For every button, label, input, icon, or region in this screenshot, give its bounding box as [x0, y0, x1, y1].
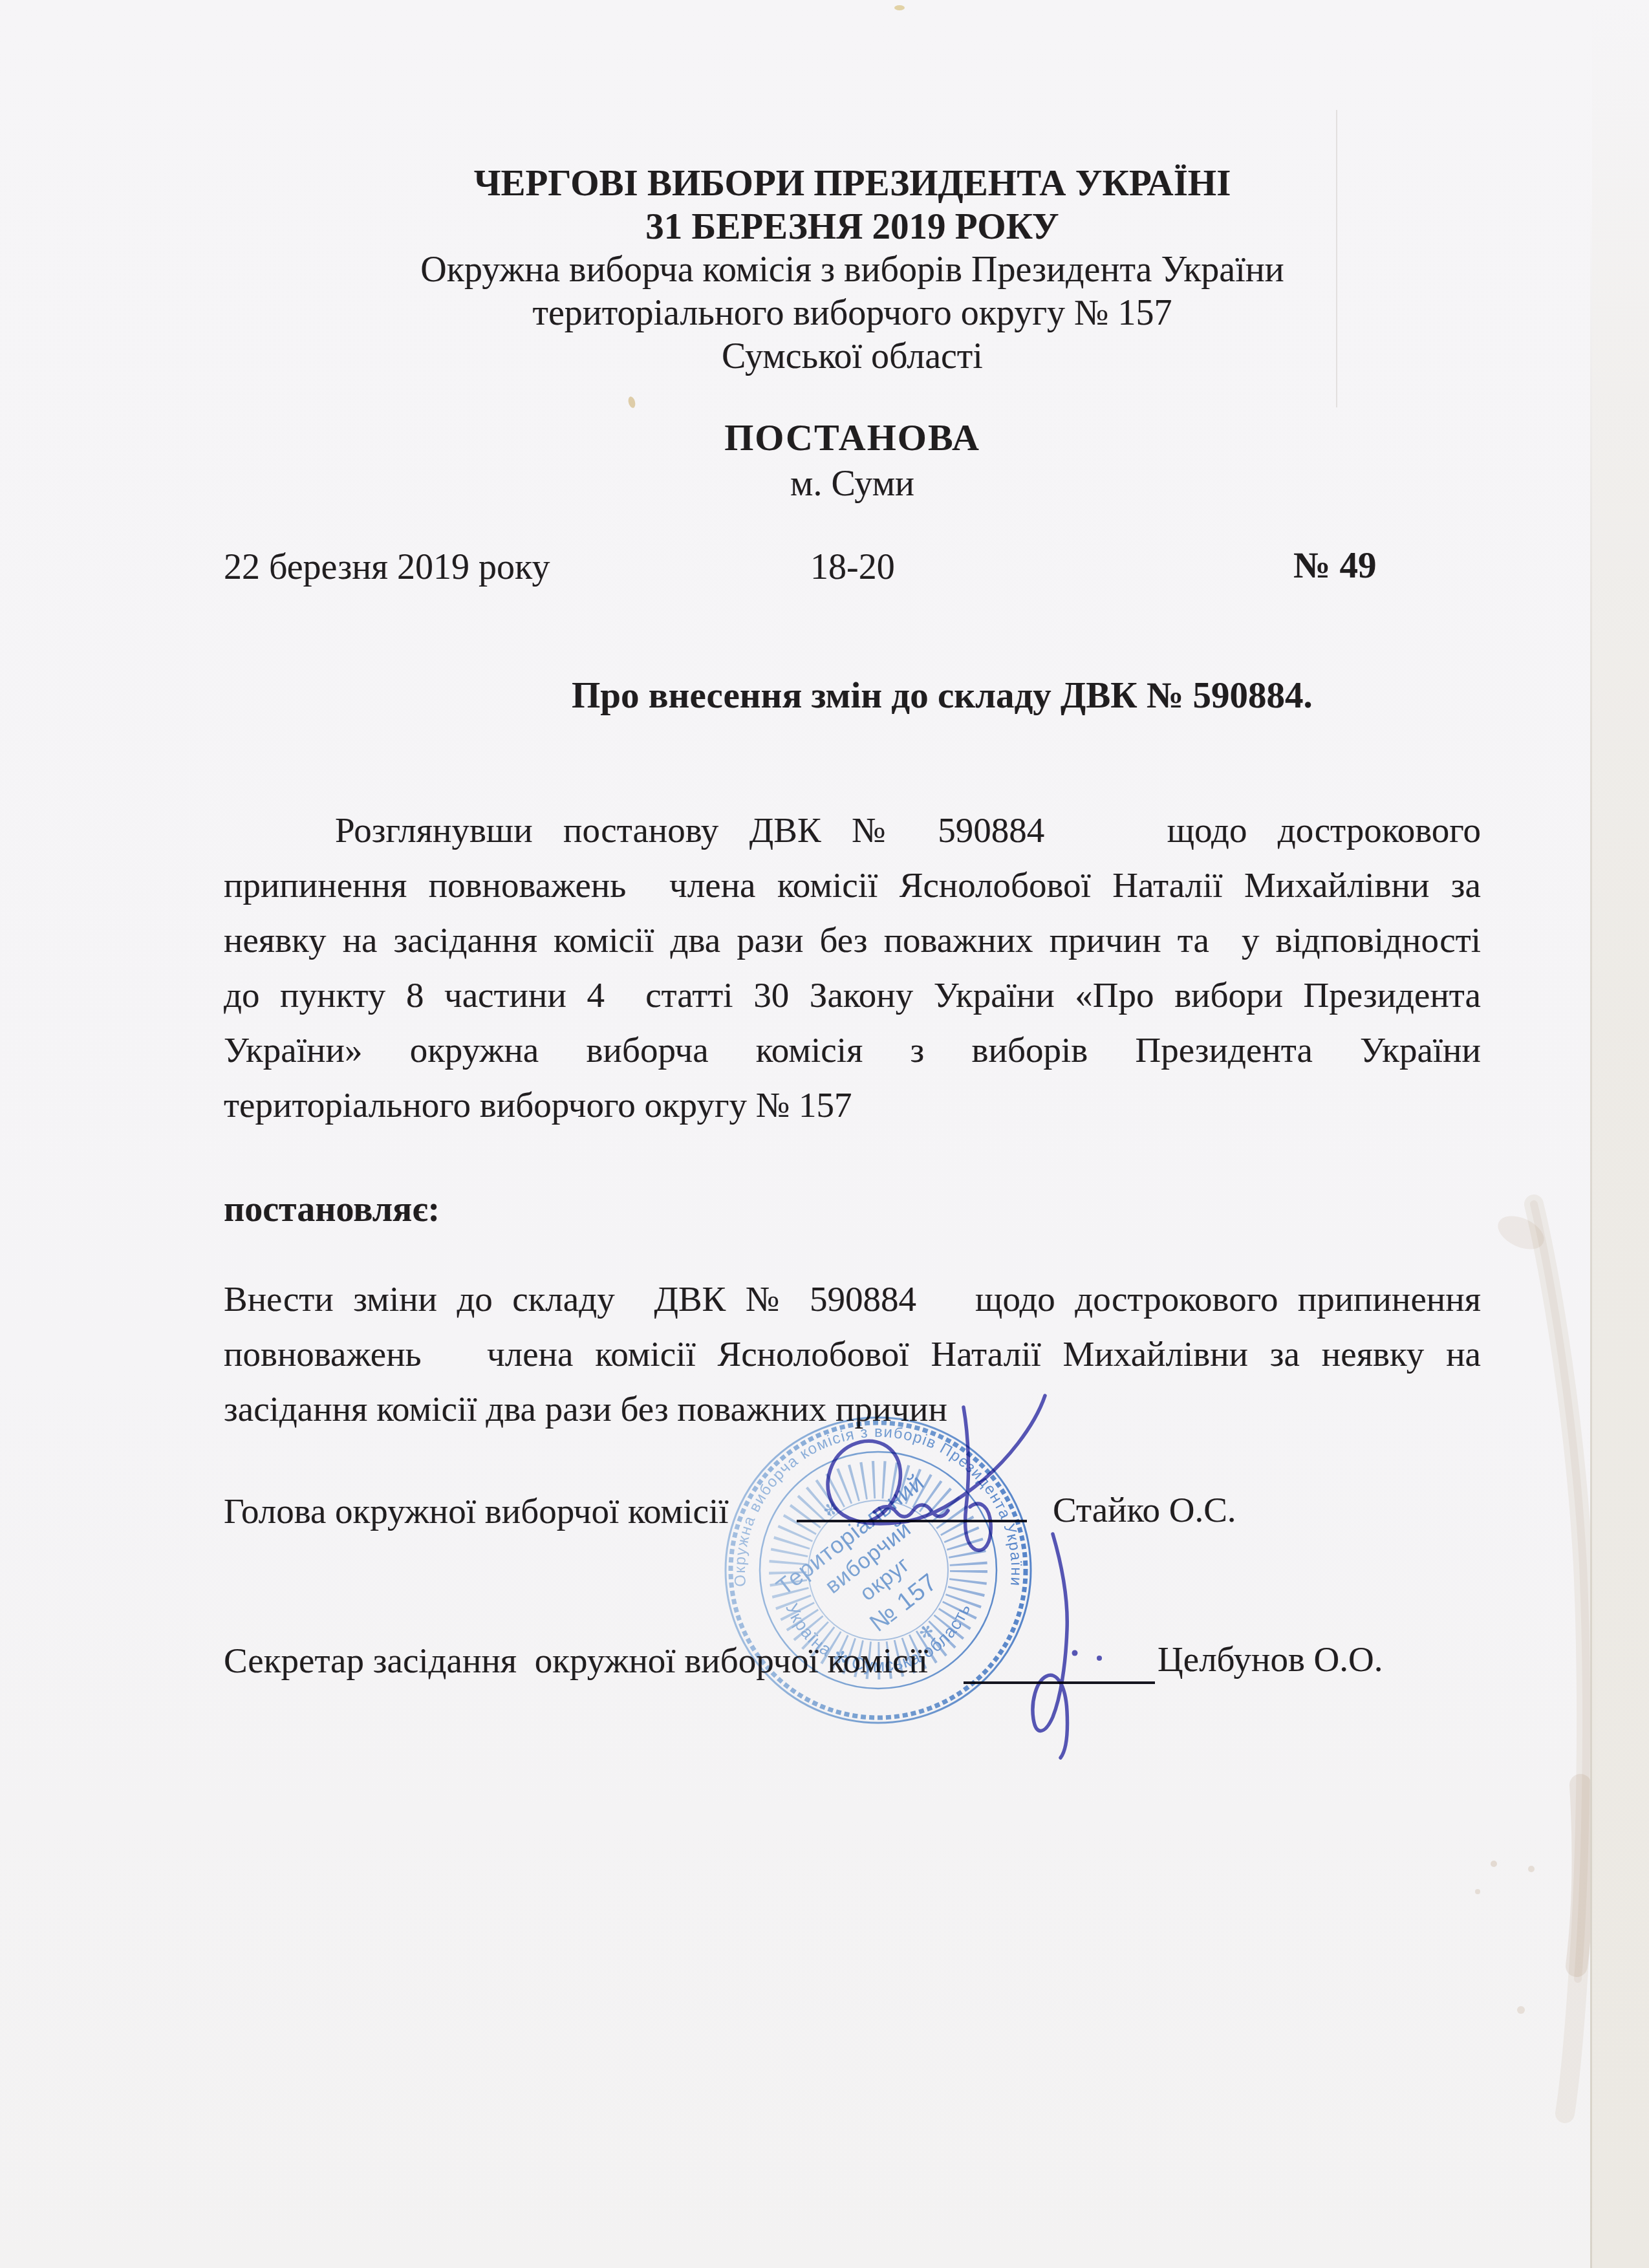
header-line-oblast: Сумської області	[224, 335, 1481, 378]
document-session-number: 18-20	[810, 546, 895, 588]
preamble-line: припинення повноважень члена комісії Ясн…	[224, 858, 1481, 913]
document-number: № 49	[1293, 545, 1377, 587]
signature-secretary	[1033, 1534, 1068, 1758]
paper-edge-line	[1590, 194, 1592, 2268]
preamble-line: до пункту 8 частини 4 статті 30 Закону У…	[224, 967, 1481, 1022]
preamble-paragraph: Розглянувши постанову ДВК № 590884 щодо …	[224, 803, 1481, 1132]
signature-chairman	[828, 1396, 1045, 1524]
signature-secretary-dot	[1072, 1650, 1078, 1656]
header-line-district: територіального виборчого округу № 157	[224, 292, 1481, 335]
signature-secretary-dot	[1097, 1656, 1102, 1661]
header-line-commission: Окружна виборча комісія з виборів Презид…	[224, 248, 1481, 292]
scanned-document-page: ЧЕРГОВІ ВИБОРИ ПРЕЗИДЕНТА УКРАЇНІ 31 БЕР…	[0, 0, 1649, 2268]
document-type-title: ПОСТАНОВА	[224, 417, 1481, 459]
header-line-election: ЧЕРГОВІ ВИБОРИ ПРЕЗИДЕНТА УКРАЇНІ	[224, 162, 1481, 205]
document-header: ЧЕРГОВІ ВИБОРИ ПРЕЗИДЕНТА УКРАЇНІ 31 БЕР…	[224, 162, 1481, 378]
handwritten-signatures	[647, 1293, 1229, 1798]
header-line-date: 31 БЕРЕЗНЯ 2019 РОКУ	[224, 205, 1481, 248]
document-subject: Про внесення змін до складу ДВК № 590884…	[572, 675, 1313, 717]
document-place: м. Суми	[224, 463, 1481, 504]
document-date: 22 березня 2019 року	[224, 546, 550, 588]
preamble-line: територіального виборчого округу № 157	[224, 1077, 1481, 1132]
preamble-line: Розглянувши постанову ДВК № 590884 щодо …	[224, 803, 1481, 858]
preamble-line: неявку на засідання комісії два рази без…	[224, 913, 1481, 967]
paper-right-edge	[1592, 0, 1649, 2268]
resolves-label: постановляє:	[224, 1189, 440, 1230]
preamble-line: України» окружна виборча комісія з вибор…	[224, 1022, 1481, 1077]
